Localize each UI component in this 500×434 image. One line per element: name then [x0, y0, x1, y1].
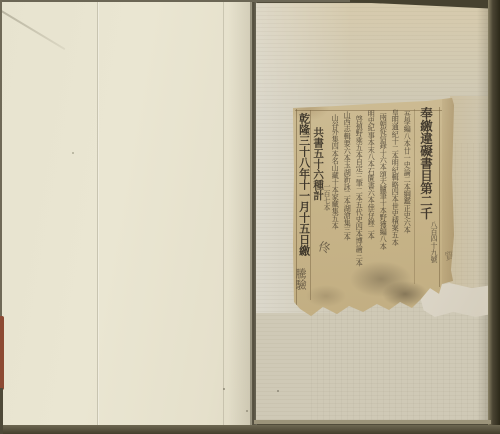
page-crease-vertical: [97, 2, 98, 430]
slip-frame-line: [414, 109, 415, 284]
page-crease-vertical: [223, 2, 224, 430]
book-list-column: 兩朝從信錄十六本頌天臚筆十本野獲編八本: [379, 113, 387, 250]
book-list-column: 啓禎野乘五本自定三筆二本五代史四本博論三本: [355, 115, 363, 266]
archive-number-column: 八百四十九號: [430, 221, 438, 263]
paper-speck: [223, 388, 225, 390]
archive-title-column: 奉繳違礙書目第二千: [418, 107, 433, 220]
scan-background: 奉繳違礙書目第二千 八百四十九號 吾學編八本廿一史論二本綱鑑正史六本 皇明通紀十…: [0, 0, 500, 434]
gutter-shadow: [228, 2, 252, 430]
paper-speck: [72, 152, 74, 154]
left-blank-page: [2, 2, 252, 430]
page-stack-edge: [254, 420, 491, 424]
book-list-column: 吾學編八本廿一史論二本綱鑑正史六本: [403, 111, 411, 233]
book-list-column: 山西志輯要六本玉湖新詠二本湖滄集三本: [343, 111, 351, 241]
book-list-column: 明史紀事本末八本石匱書六本倖存錄二本: [367, 110, 375, 240]
red-cover-edge: [0, 316, 4, 390]
left-edge-shadow: [0, 388, 3, 434]
paste-residue-tint: [450, 96, 490, 296]
right-edge: [488, 0, 500, 434]
totals-note: 一百七本: [323, 183, 331, 211]
page-crease-diagonal: [0, 8, 65, 50]
bottom-edge: [0, 425, 500, 434]
secondary-signature: 騰驗: [294, 268, 306, 290]
ink-stain: [306, 285, 346, 307]
inspector-signature: 佟: [315, 239, 334, 255]
book-list-column: 山谷外集四本名山藏十本家藏集五本: [331, 114, 339, 229]
book-list-column: 皇明通紀十二本明紀輯略四本世史積案五本: [391, 109, 399, 246]
paper-speck: [246, 410, 248, 412]
pasted-inventory-slip: 奉繳違礙書目第二千 八百四十九號 吾學編八本廿一史論二本綱鑑正史六本 皇明通紀十…: [292, 95, 455, 319]
submission-date-column: 乾隆三十八年十一月十五日繳: [297, 113, 310, 256]
paper-speck: [277, 390, 279, 392]
